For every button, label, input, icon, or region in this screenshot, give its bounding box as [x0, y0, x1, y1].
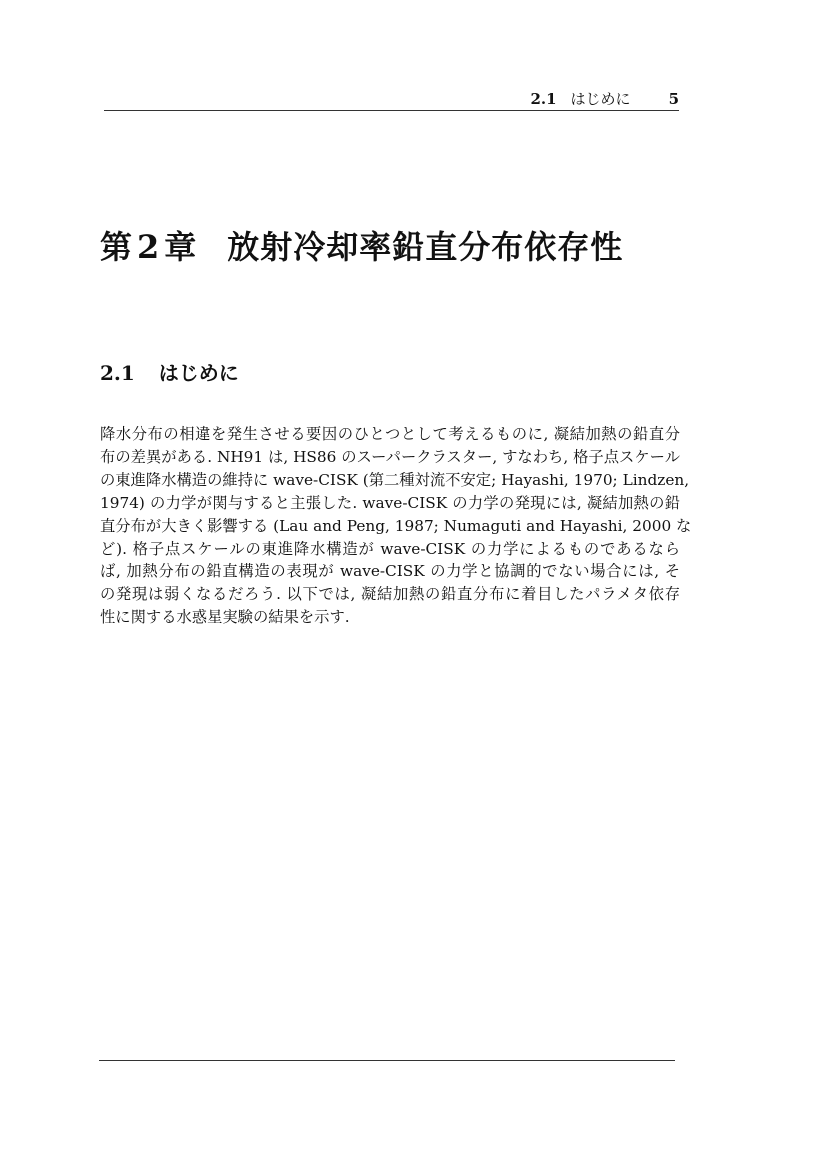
paragraph-line: 1974) の力学が関与すると主張した. wave-CISK の力学の発現には,…: [100, 492, 680, 515]
chapter-name: 放射冷却率鉛直分布依存性: [227, 228, 623, 266]
footer-rule: [99, 1060, 675, 1061]
chapter-label-suffix: 章: [164, 228, 197, 266]
paragraph-line: 直分布が大きく影響する (Lau and Peng, 1987; Numagut…: [100, 515, 680, 538]
paragraph-line: の発現は弱くなるだろう. 以下では, 凝結加熱の鉛直分布に着目したパラメタ依存: [100, 583, 680, 606]
paragraph-line: 性に関する水惑星実験の結果を示す.: [100, 606, 680, 629]
header-rule: [104, 110, 679, 111]
paragraph-line: の東進降水構造の維持に wave-CISK (第二種対流不安定; Hayashi…: [100, 469, 680, 492]
chapter-title: 第2章放射冷却率鉛直分布依存性: [100, 222, 623, 268]
running-head-text: 2.1はじめに5: [530, 88, 679, 109]
running-head-section-title: はじめに: [571, 90, 631, 108]
chapter-number: 2: [137, 228, 160, 266]
running-head: 2.1はじめに5: [104, 88, 679, 110]
section-title: 2.1はじめに: [100, 357, 239, 386]
intro-paragraph: 降水分布の相違を発生させる要因のひとつとして考えるものに, 凝結加熱の鉛直分 布…: [100, 423, 680, 629]
page-number: 5: [669, 90, 679, 108]
section-name: はじめに: [159, 361, 239, 385]
paragraph-line: ど). 格子点スケールの東進降水構造が wave-CISK の力学によるものであ…: [100, 538, 680, 561]
paragraph-line: ば, 加熱分布の鉛直構造の表現が wave-CISK の力学と協調的でない場合に…: [100, 560, 680, 583]
paragraph-line: 降水分布の相違を発生させる要因のひとつとして考えるものに, 凝結加熱の鉛直分: [100, 423, 680, 446]
chapter-label-prefix: 第: [100, 228, 133, 266]
section-number: 2.1: [100, 361, 135, 385]
running-head-section-number: 2.1: [530, 90, 556, 108]
paragraph-line: 布の差異がある. NH91 は, HS86 のスーパークラスター, すなわち, …: [100, 446, 680, 469]
